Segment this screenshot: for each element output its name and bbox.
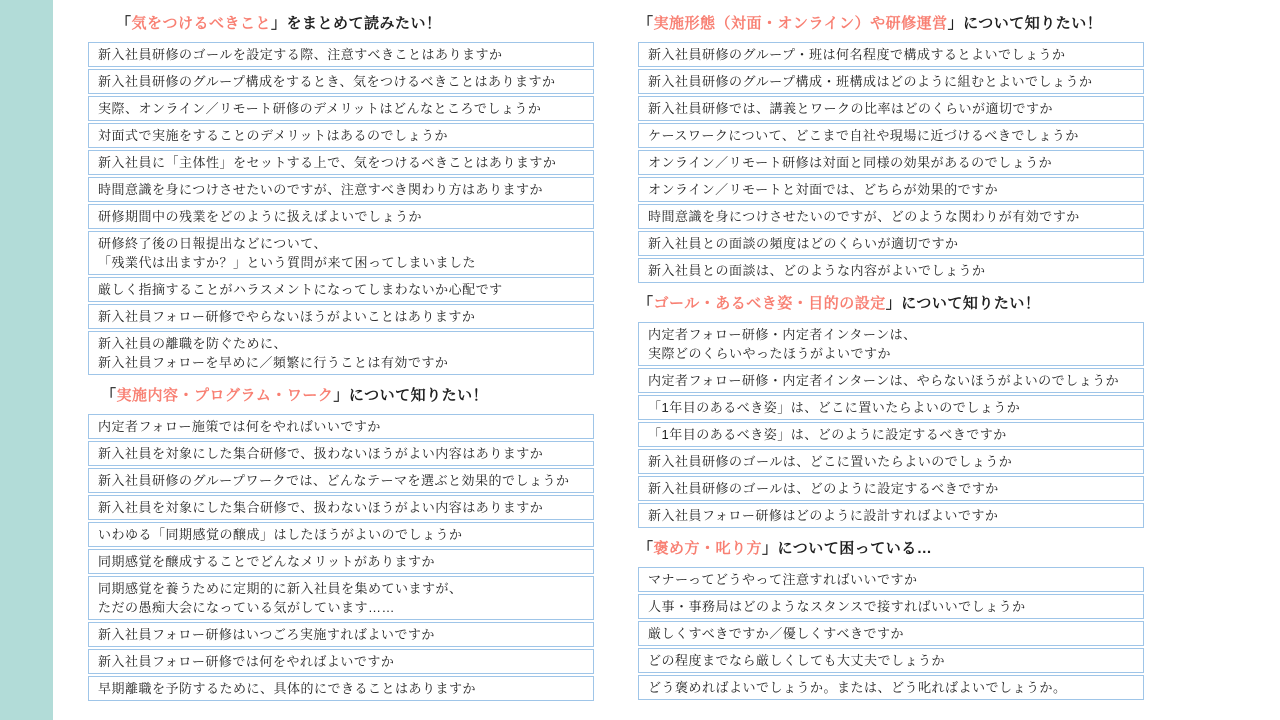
faq-item[interactable]: 厳しく指摘することがハラスメントになってしまわないか心配です bbox=[88, 277, 594, 302]
section-title: 「褒め方・叱り方」について困っている… bbox=[638, 538, 1144, 559]
faq-item-text: 新入社員との面談は、どのような内容がよいでしょうか bbox=[648, 261, 986, 280]
faq-item-text: 新入社員研修のゴールは、どこに置いたらよいのでしょうか bbox=[648, 452, 1012, 471]
faq-item[interactable]: 対面式で実施をすることのデメリットはあるのでしょうか bbox=[88, 123, 594, 148]
faq-item-text: 新入社員研修では、講義とワークの比率はどのくらいが適切ですか bbox=[648, 99, 1053, 118]
faq-list: 内定者フォロー研修・内定者インターンは、 実際どのくらいやったほうがよいですか内… bbox=[638, 322, 1144, 528]
faq-item-text: どの程度までなら厳しくしても大丈夫でしょうか bbox=[648, 651, 945, 670]
section-title: 「気をつけるべきこと」をまとめて読みたい！ bbox=[88, 13, 594, 34]
faq-section: 「気をつけるべきこと」をまとめて読みたい！新入社員研修のゴールを設定する際、注意… bbox=[88, 13, 594, 375]
section-title: 「実施形態（対面・オンライン）や研修運営」について知りたい！ bbox=[638, 13, 1144, 34]
faq-item[interactable]: 内定者フォロー施策では何をやればいいですか bbox=[88, 414, 594, 439]
faq-item[interactable]: いわゆる「同期感覚の醸成」はしたほうがよいのでしょうか bbox=[88, 522, 594, 547]
faq-list: 新入社員研修のゴールを設定する際、注意すべきことはありますか新入社員研修のグルー… bbox=[88, 42, 594, 375]
faq-item-text: 内定者フォロー施策では何をやればいいですか bbox=[98, 417, 381, 436]
faq-section: 「褒め方・叱り方」について困っている…マナーってどうやって注意すればいいですか人… bbox=[638, 538, 1144, 700]
left-accent-bar bbox=[0, 0, 53, 720]
faq-item[interactable]: 新入社員との面談の頻度はどのくらいが適切ですか bbox=[638, 231, 1144, 256]
section-title-open: 「 bbox=[638, 540, 654, 557]
faq-item[interactable]: 人事・事務局はどのようなスタンスで接すればいいでしょうか bbox=[638, 594, 1144, 619]
faq-item-text: いわゆる「同期感覚の醸成」はしたほうがよいのでしょうか bbox=[98, 525, 463, 544]
faq-item-text: 同期感覚を養うために定期的に新入社員を集めていますが、 ただの愚痴大会になってい… bbox=[98, 579, 463, 617]
faq-item[interactable]: 「1年目のあるべき姿」は、どこに置いたらよいのでしょうか bbox=[638, 395, 1144, 420]
faq-item-text: 新入社員の離職を防ぐために、 新入社員フォローを早めに／頻繁に行うことは有効です… bbox=[98, 334, 448, 372]
section-title-highlight: 実施形態（対面・オンライン）や研修運営 bbox=[654, 15, 948, 32]
faq-section: 「実施形態（対面・オンライン）や研修運営」について知りたい！新入社員研修のグルー… bbox=[638, 13, 1144, 283]
faq-item[interactable]: 新入社員研修のゴールは、どこに置いたらよいのでしょうか bbox=[638, 449, 1144, 474]
section-title-open: 「 bbox=[638, 15, 654, 32]
faq-item[interactable]: 研修期間中の残業をどのように扱えばよいでしょうか bbox=[88, 204, 594, 229]
faq-item-text: 時間意識を身につけさせたいのですが、どのような関わりが有効ですか bbox=[648, 207, 1080, 226]
faq-item-text: マナーってどうやって注意すればいいですか bbox=[648, 570, 917, 589]
faq-item[interactable]: どの程度までなら厳しくしても大丈夫でしょうか bbox=[638, 648, 1144, 673]
section-title: 「ゴール・あるべき姿・目的の設定」について知りたい！ bbox=[638, 293, 1144, 314]
section-title-open: 「 bbox=[101, 387, 117, 404]
faq-item[interactable]: オンライン／リモートと対面では、どちらが効果的ですか bbox=[638, 177, 1144, 202]
faq-item-text: 新入社員を対象にした集合研修で、扱わないほうがよい内容はありますか bbox=[98, 498, 543, 517]
faq-item-text: 新入社員との面談の頻度はどのくらいが適切ですか bbox=[648, 234, 959, 253]
faq-item-text: 厳しく指摘することがハラスメントになってしまわないか心配です bbox=[98, 280, 503, 299]
section-title-highlight: 褒め方・叱り方 bbox=[654, 540, 763, 557]
faq-list: 内定者フォロー施策では何をやればいいですか新入社員を対象にした集合研修で、扱わな… bbox=[88, 414, 594, 701]
faq-item[interactable]: 新入社員に「主体性」をセットする上で、気をつけるべきことはありますか bbox=[88, 150, 594, 175]
faq-item[interactable]: 内定者フォロー研修・内定者インターンは、 実際どのくらいやったほうがよいですか bbox=[638, 322, 1144, 366]
faq-item-text: 新入社員研修のグループワークでは、どんなテーマを選ぶと効果的でしょうか bbox=[98, 471, 569, 490]
faq-item[interactable]: 新入社員研修のグループ構成・班構成はどのように組むとよいでしょうか bbox=[638, 69, 1144, 94]
faq-item-text: 新入社員研修のグループ・班は何名程度で構成するとよいでしょうか bbox=[648, 45, 1065, 64]
faq-item-text: 時間意識を身につけさせたいのですが、注意すべき関わり方はありますか bbox=[98, 180, 543, 199]
faq-item[interactable]: 新入社員フォロー研修はどのように設計すればよいですか bbox=[638, 503, 1144, 528]
faq-item[interactable]: 新入社員フォロー研修では何をやればよいですか bbox=[88, 649, 594, 674]
faq-item-text: 対面式で実施をすることのデメリットはあるのでしょうか bbox=[98, 126, 448, 145]
faq-item-text: 新入社員フォロー研修はどのように設計すればよいですか bbox=[648, 506, 998, 525]
faq-item-text: 実際、オンライン／リモート研修のデメリットはどんなところでしょうか bbox=[98, 99, 541, 118]
faq-list: 新入社員研修のグループ・班は何名程度で構成するとよいでしょうか新入社員研修のグル… bbox=[638, 42, 1144, 283]
faq-item-text: 「1年目のあるべき姿」は、どこに置いたらよいのでしょうか bbox=[648, 398, 1020, 417]
faq-item[interactable]: 時間意識を身につけさせたいのですが、注意すべき関わり方はありますか bbox=[88, 177, 594, 202]
faq-list: マナーってどうやって注意すればいいですか人事・事務局はどのようなスタンスで接すれ… bbox=[638, 567, 1144, 700]
faq-item[interactable]: 新入社員研修では、講義とワークの比率はどのくらいが適切ですか bbox=[638, 96, 1144, 121]
faq-item-text: 新入社員を対象にした集合研修で、扱わないほうがよい内容はありますか bbox=[98, 444, 543, 463]
faq-item[interactable]: 早期離職を予防するために、具体的にできることはありますか bbox=[88, 676, 594, 701]
faq-item[interactable]: 同期感覚を養うために定期的に新入社員を集めていますが、 ただの愚痴大会になってい… bbox=[88, 576, 594, 620]
section-title-rest: 」について知りたい！ bbox=[948, 15, 1103, 32]
faq-item-text: 新入社員フォロー研修でやらないほうがよいことはありますか bbox=[98, 307, 475, 326]
faq-item-text: どう褒めればよいでしょうか。または、どう叱ればよいでしょうか。 bbox=[648, 678, 1067, 697]
faq-item[interactable]: 実際、オンライン／リモート研修のデメリットはどんなところでしょうか bbox=[88, 96, 594, 121]
faq-item-text: 新入社員研修のゴールは、どのように設定するべきですか bbox=[648, 479, 999, 498]
section-title-open: 「 bbox=[116, 15, 132, 32]
faq-item[interactable]: 厳しくすべきですか／優しくすべきですか bbox=[638, 621, 1144, 646]
faq-item[interactable]: 時間意識を身につけさせたいのですが、どのような関わりが有効ですか bbox=[638, 204, 1144, 229]
faq-item-text: 内定者フォロー研修・内定者インターンは、 実際どのくらいやったほうがよいですか bbox=[648, 325, 917, 363]
section-title-highlight: ゴール・あるべき姿・目的の設定 bbox=[654, 295, 886, 312]
faq-item-text: 研修終了後の日報提出などについて、 「残業代は出ますか？」という質問が来て困って… bbox=[98, 234, 476, 272]
faq-item-text: 早期離職を予防するために、具体的にできることはありますか bbox=[98, 679, 476, 698]
faq-item-text: 新入社員研修のグループ構成をするとき、気をつけるべきことはありますか bbox=[98, 72, 555, 91]
section-title-highlight: 実施内容・プログラム・ワーク bbox=[117, 387, 334, 404]
faq-item[interactable]: 新入社員研修のゴールは、どのように設定するべきですか bbox=[638, 476, 1144, 501]
faq-item[interactable]: 新入社員フォロー研修でやらないほうがよいことはありますか bbox=[88, 304, 594, 329]
faq-item[interactable]: 新入社員研修のグループ・班は何名程度で構成するとよいでしょうか bbox=[638, 42, 1144, 67]
faq-item-text: 内定者フォロー研修・内定者インターンは、やらないほうがよいのでしょうか bbox=[648, 371, 1119, 390]
faq-item[interactable]: オンライン／リモート研修は対面と同様の効果があるのでしょうか bbox=[638, 150, 1144, 175]
faq-item-text: 同期感覚を醸成することでどんなメリットがありますか bbox=[98, 552, 435, 571]
faq-item[interactable]: 内定者フォロー研修・内定者インターンは、やらないほうがよいのでしょうか bbox=[638, 368, 1144, 393]
faq-item[interactable]: 新入社員フォロー研修はいつごろ実施すればよいですか bbox=[88, 622, 594, 647]
faq-item[interactable]: 同期感覚を醸成することでどんなメリットがありますか bbox=[88, 549, 594, 574]
faq-item-text: ケースワークについて、どこまで自社や現場に近づけるべきでしょうか bbox=[648, 126, 1079, 145]
faq-item[interactable]: 新入社員との面談は、どのような内容がよいでしょうか bbox=[638, 258, 1144, 283]
faq-item-text: オンライン／リモートと対面では、どちらが効果的ですか bbox=[648, 180, 998, 199]
faq-item[interactable]: 「1年目のあるべき姿」は、どのように設定するべきですか bbox=[638, 422, 1144, 447]
faq-column-left: 「気をつけるべきこと」をまとめて読みたい！新入社員研修のゴールを設定する際、注意… bbox=[88, 8, 594, 703]
section-title-rest: 」について知りたい！ bbox=[333, 387, 488, 404]
faq-item-text: 新入社員に「主体性」をセットする上で、気をつけるべきことはありますか bbox=[98, 153, 556, 172]
section-title-rest: 」について知りたい！ bbox=[886, 295, 1041, 312]
faq-item[interactable]: 新入社員を対象にした集合研修で、扱わないほうがよい内容はありますか bbox=[88, 441, 594, 466]
faq-item-text: 研修期間中の残業をどのように扱えばよいでしょうか bbox=[98, 207, 422, 226]
faq-item-text: 新入社員フォロー研修では何をやればよいですか bbox=[98, 652, 394, 671]
faq-item[interactable]: マナーってどうやって注意すればいいですか bbox=[638, 567, 1144, 592]
faq-section: 「ゴール・あるべき姿・目的の設定」について知りたい！内定者フォロー研修・内定者イ… bbox=[638, 293, 1144, 528]
faq-item[interactable]: 研修終了後の日報提出などについて、 「残業代は出ますか？」という質問が来て困って… bbox=[88, 231, 594, 275]
faq-item-text: 厳しくすべきですか／優しくすべきですか bbox=[648, 624, 904, 643]
faq-item-text: 新入社員研修のゴールを設定する際、注意すべきことはありますか bbox=[98, 45, 502, 64]
faq-section: 「実施内容・プログラム・ワーク」について知りたい！内定者フォロー施策では何をやれ… bbox=[88, 385, 594, 701]
faq-item[interactable]: 新入社員の離職を防ぐために、 新入社員フォローを早めに／頻繁に行うことは有効です… bbox=[88, 331, 594, 375]
faq-item[interactable]: ケースワークについて、どこまで自社や現場に近づけるべきでしょうか bbox=[638, 123, 1144, 148]
faq-item[interactable]: 新入社員研修のグループワークでは、どんなテーマを選ぶと効果的でしょうか bbox=[88, 468, 594, 493]
faq-column-right: 「実施形態（対面・オンライン）や研修運営」について知りたい！新入社員研修のグルー… bbox=[638, 8, 1144, 702]
section-title-highlight: 気をつけるべきこと bbox=[132, 15, 272, 32]
faq-item-text: 「1年目のあるべき姿」は、どのように設定するべきですか bbox=[648, 425, 1007, 444]
section-title: 「実施内容・プログラム・ワーク」について知りたい！ bbox=[88, 385, 594, 406]
faq-item-text: オンライン／リモート研修は対面と同様の効果があるのでしょうか bbox=[648, 153, 1052, 172]
faq-item[interactable]: 新入社員研修のグループ構成をするとき、気をつけるべきことはありますか bbox=[88, 69, 594, 94]
faq-item-text: 新入社員研修のグループ構成・班構成はどのように組むとよいでしょうか bbox=[648, 72, 1092, 91]
section-title-rest: 」について困っている… bbox=[762, 540, 932, 557]
faq-item[interactable]: どう褒めればよいでしょうか。または、どう叱ればよいでしょうか。 bbox=[638, 675, 1144, 700]
faq-item[interactable]: 新入社員を対象にした集合研修で、扱わないほうがよい内容はありますか bbox=[88, 495, 594, 520]
section-title-rest: 」をまとめて読みたい！ bbox=[271, 15, 442, 32]
faq-item-text: 新入社員フォロー研修はいつごろ実施すればよいですか bbox=[98, 625, 435, 644]
faq-item[interactable]: 新入社員研修のゴールを設定する際、注意すべきことはありますか bbox=[88, 42, 594, 67]
section-title-open: 「 bbox=[638, 295, 654, 312]
faq-item-text: 人事・事務局はどのようなスタンスで接すればいいでしょうか bbox=[648, 597, 1026, 616]
